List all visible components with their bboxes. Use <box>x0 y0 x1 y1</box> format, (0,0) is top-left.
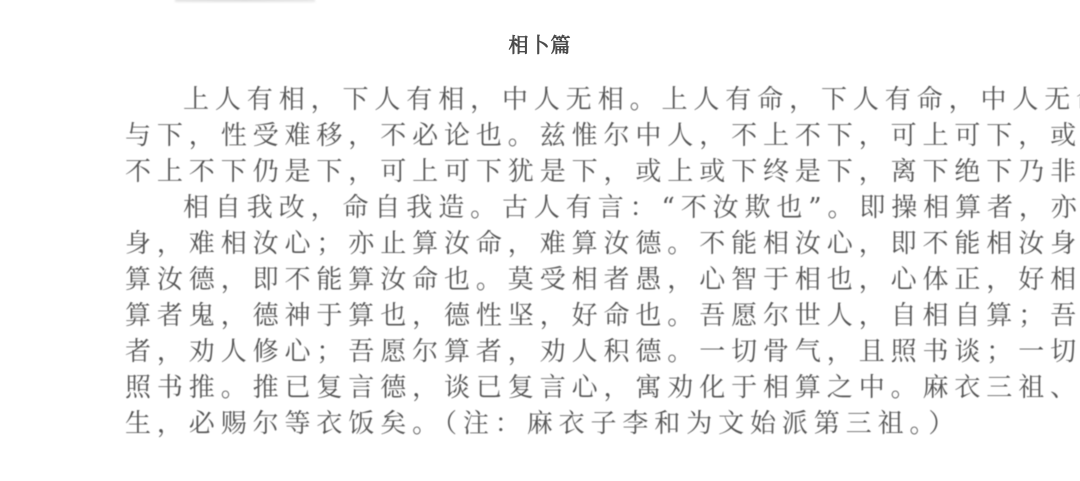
cropped-header-text-fragment <box>175 0 315 2</box>
text-line: 算者鬼，德神于算也，德性坚，好命也。吾愿尔世人，自相自算；吾愿尔相 <box>125 298 957 334</box>
text-line: 不上不下仍是下，可上可下犹是下，或上或下终是下，离下绝下乃非下。 <box>125 154 957 190</box>
text-line: 者，劝人修心；吾愿尔算者，劝人积德。一切骨气，且照书谈；一切运气，且 <box>125 334 957 370</box>
text-line: 身，难相汝心；亦止算汝命，难算汝德。不能相汝心，即不能相汝身也；不能 <box>125 226 957 262</box>
text-line: 生，必赐尔等衣饭矣。（注：麻衣子李和为文始派第三祖。） <box>125 406 957 442</box>
text-line: 照书推。推已复言德，谈已复言心，寓劝化于相算之中。麻衣三祖、子平先 <box>125 370 957 406</box>
text-line: 相自我改，命自我造。古人有言：“不汝欺也”。即操相算者，亦止相汝 <box>125 190 957 226</box>
text-line: 上人有相，下人有相，中人无相。上人有命，下人有命，中人无命。惟上 <box>125 82 957 118</box>
text-line: 算汝德，即不能算汝命也。莫受相者愚，心智于相也，心体正，好相也；莫被 <box>125 262 957 298</box>
section-title: 相卜篇 <box>0 29 1080 58</box>
body-text: 上人有相，下人有相，中人无相。上人有命，下人有命，中人无命。惟上 与下，性受难移… <box>125 82 957 442</box>
text-line: 与下，性受难移，不必论也。兹惟尔中人，不上不下，可上可下，或上或下。 <box>125 118 957 154</box>
